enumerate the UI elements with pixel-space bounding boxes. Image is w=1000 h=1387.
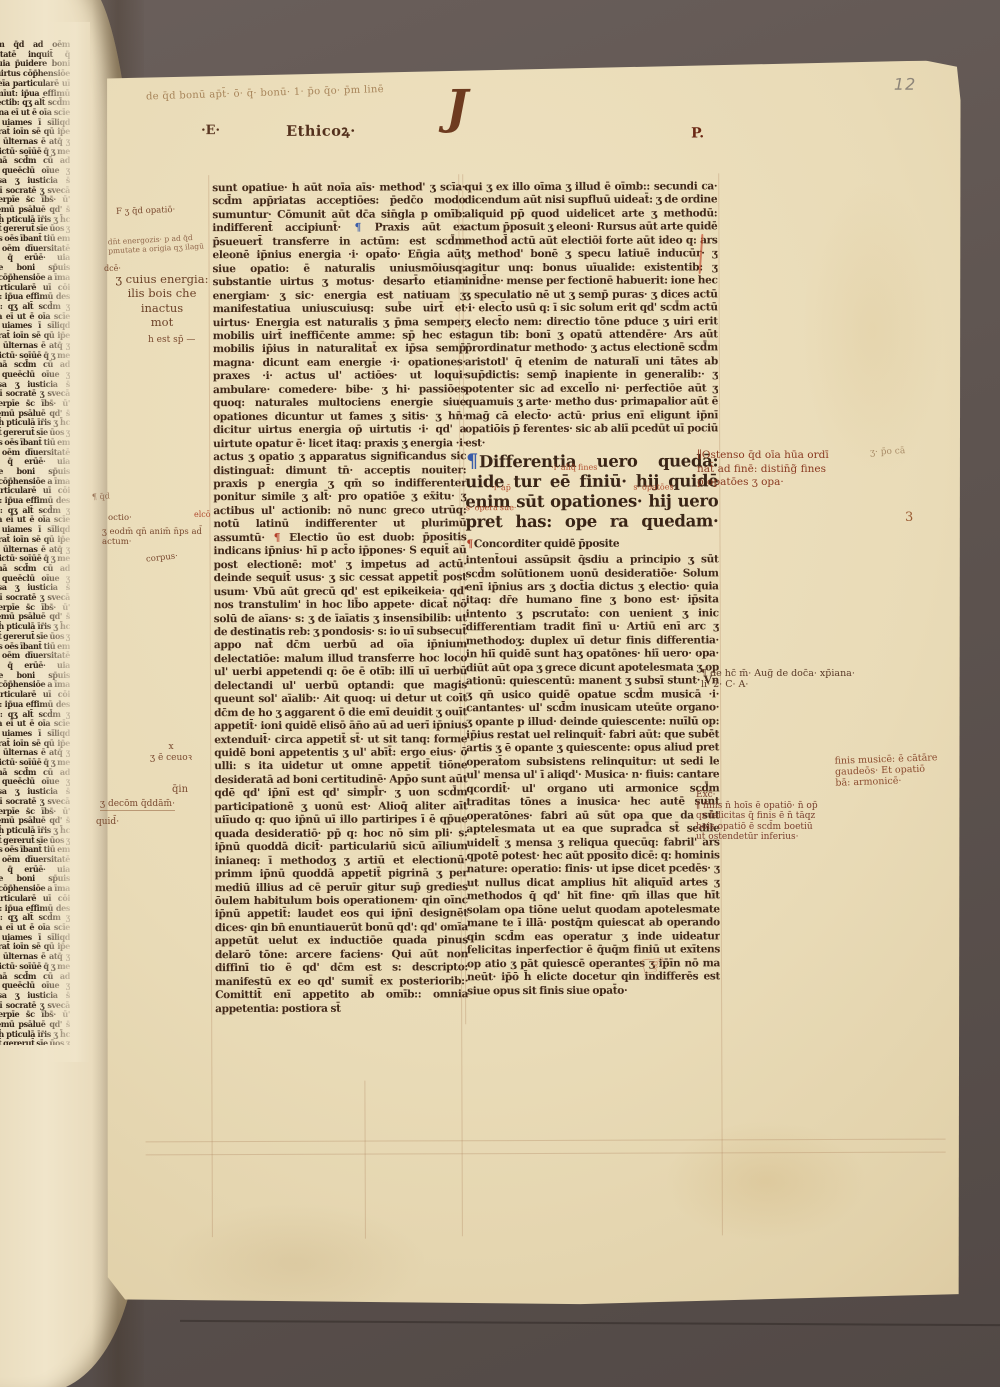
manuscript-photo: tiū em q̄d ad oēm dīuersitatē inquit̄ q̄… [0,0,1000,1387]
parchment-stain [166,1202,426,1323]
commentary-lead: Concorditer quidē p̄posite [474,538,619,551]
margin-note-left: ʒ eodm̄ qn̄ anim̄ n̄ps ad̄ actum· [102,527,202,547]
margin-note-right-red: ∥Ostenso q̄d oīa hūa ordī nat̄ ad finē: … [697,449,829,490]
margin-note-left: h est sp̄ — [148,335,195,346]
margin-note-right: finis musicē: ē cātāre gaudeōs· Et opati… [834,752,938,789]
margin-note-left: ʒ cuius energia: ilis bois che inactus m… [112,272,212,330]
margin-note-left: ʒ decōm q̄ddām̄· [100,799,175,811]
col1-text: Praxis aūt ex p̄sueuert̄ transferre in a… [212,222,466,544]
parchment-stain [802,181,943,481]
ruling-line [364,1081,366,1239]
col2-text: intent̄oui assūpsit q̄sdiu a principio ʒ… [466,553,720,996]
folio-number: 12 [894,75,916,94]
running-header-title: Ethicoꝝ· [286,121,356,141]
margin-note-right: ¶ de hc̄ m̄· Aug̃ de doc̄a· xp̄iana· li·… [701,668,855,690]
margin-note-right: Ex̄c̄· ∥ finis n̄ hoīs ē opatiō· n̄ op̄ … [696,790,818,843]
parchment-stain [666,1121,866,1242]
margin-quire-numeral: 3 [905,510,913,525]
top-inscription: de q̄d bonū ap̄t̄· ō· q̄· bonū· 1· p̄o q… [146,78,586,103]
col2-upper-text: qui ʒ ex illo oīma ʒ illud ē oīmb:: secu… [464,180,718,450]
margin-note-left: ¶ q̄d [92,491,110,502]
interlinear-gloss: ·i· aliq̄ fines [551,464,597,472]
interlinear-gloss: ·s· opera sue· [464,504,516,512]
margin-note-left: octio· [108,513,132,523]
red-paraph-icon: ¶ [273,532,281,544]
text-column-2: qui ʒ ex illo oīma ʒ illud ē oīmb:: secu… [464,180,720,1019]
running-header-letter-e: ·E· [201,123,220,138]
blue-paraph-icon: ¶ [465,450,479,472]
margin-note-left: F ʒ q̄d opatiō· [116,205,176,217]
margin-note-right: ʒ· p̄o cā [870,446,906,458]
ruling-line [146,1139,946,1143]
col2-lower-text: intent̄oui assūpsit q̄sdiu a principio ʒ… [466,553,721,998]
margin-note-left-red: elcō [194,510,211,519]
col1-text: Electio ūo est duob: p̄positis indicans … [214,531,469,1015]
facing-page-edge-fade [0,22,90,1062]
col2-text: qui ʒ ex illo oīma ʒ illud ē oīmb:: secu… [464,180,718,448]
blue-paraph-icon: ¶ [354,222,362,234]
interlinear-gloss: ·i· ap̄ [491,484,511,492]
interlinear-gloss: s· opatōes [633,484,673,492]
text-column-1: sunt opatiue· h̄ aūt noīa aīs· method' ʒ… [212,181,468,1020]
margin-note-left: quid̄· [96,817,119,828]
manicule-icon: ☞ [637,946,670,985]
margin-note-left: x ʒ ē ceuoꝛ [150,742,192,763]
header-paraph-letter: P. [691,125,704,141]
background-seam [180,1320,1000,1326]
ruling-line [146,1152,946,1156]
running-header-letter-j: J [446,80,468,135]
rubric-lemma: ¶Differentia uero quedā: uide tur eē fin… [465,450,718,552]
margin-note-left: q̄in [172,784,188,796]
